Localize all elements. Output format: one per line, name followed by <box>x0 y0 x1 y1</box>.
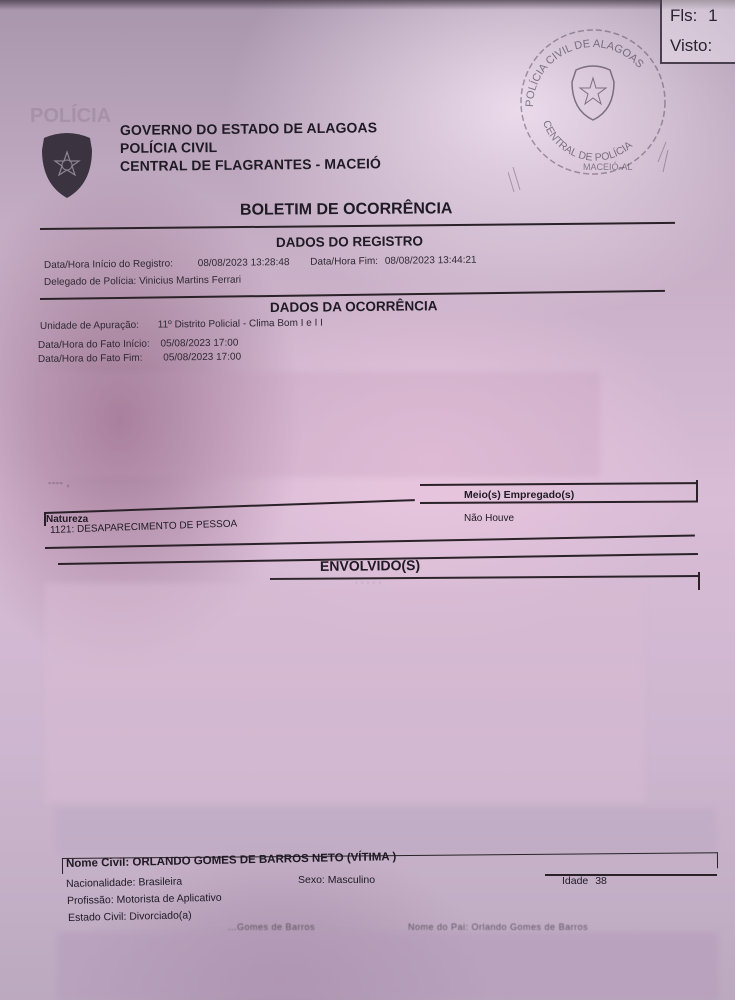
fls-value: 1 <box>708 6 717 25</box>
police-badge-icon <box>572 66 614 120</box>
header-government: GOVERNO DO ESTADO DE ALAGOAS <box>120 119 377 138</box>
registro-fim-value: 08/08/2023 13:44:21 <box>385 255 477 267</box>
registro-fim-label: Data/Hora Fim: <box>310 256 378 268</box>
table-top-line-right <box>420 482 696 485</box>
header-central: CENTRAL DE FLAGRANTES - MACEIÓ <box>120 155 381 174</box>
fato-inicio-row: Data/Hora do Fato Início: 05/08/2023 17:… <box>38 338 238 351</box>
redacted-block-involved <box>45 583 645 803</box>
envolvidos-right-edge <box>698 572 700 590</box>
mother-name-cut-off: ...Gomes de Barros <box>228 922 315 932</box>
idade-row: Idade 38 <box>562 875 607 887</box>
fato-fim-row: Data/Hora do Fato Fim: 05/08/2023 17:00 <box>38 352 241 365</box>
fato-fim-value: 05/08/2023 17:00 <box>163 352 241 364</box>
nacionalidade-value: Brasileira <box>138 876 182 889</box>
cut-off-text: ---- , <box>48 478 70 489</box>
registro-inicio-label: Data/Hora Início do Registro: <box>44 258 173 271</box>
delegado-value: Vinicius Martins Ferrari <box>139 275 241 287</box>
registro-inicio-value: 08/08/2023 13:28:48 <box>198 257 290 269</box>
section-title-envolvidos: ENVOLVIDO(S) <box>320 557 420 574</box>
envolvidos-header-line <box>270 575 700 580</box>
sexo-value: Masculino <box>328 874 375 886</box>
redacted-region <box>40 372 600 477</box>
registro-inicio: Data/Hora Início do Registro: 08/08/2023… <box>44 255 477 271</box>
title-divider <box>40 222 675 230</box>
police-stamp: POLÍCIA CIVIL DE ALAGOAS CENTRAL DE POLÍ… <box>508 22 678 192</box>
delegado-row: Delegado de Polícia: Vinicius Martins Fe… <box>44 275 241 288</box>
svg-text:POLÍCIA CIVIL DE ALAGOAS: POLÍCIA CIVIL DE ALAGOAS <box>524 38 646 107</box>
idade-label: Idade <box>562 875 588 887</box>
unidade-row: Unidade de Apuração: 11º Distrito Polici… <box>40 318 323 332</box>
table-bottom-line <box>45 535 695 549</box>
photo-edge-shadow <box>0 0 735 10</box>
section-title-ocorrencia: DADOS DA OCORRÊNCIA <box>270 298 438 315</box>
estado-civil-row: Estado Civil: Divorciado(a) <box>68 909 192 924</box>
table-top-line <box>45 499 415 513</box>
header-police: POLÍCIA CIVIL <box>120 139 217 156</box>
table-right-edge <box>696 480 698 502</box>
estado-civil-value: Divorciado(a) <box>129 909 192 922</box>
redacted-block-row <box>56 808 716 854</box>
redacted-block-bottom <box>58 932 718 1000</box>
fato-inicio-value: 05/08/2023 17:00 <box>160 338 238 350</box>
meios-header: Meio(s) Empregado(s) <box>464 489 574 501</box>
section-title-registro: DADOS DO REGISTRO <box>276 233 423 250</box>
nacionalidade-label: Nacionalidade: <box>66 877 136 890</box>
unidade-label: Unidade de Apuração: <box>40 320 139 332</box>
sexo-label: Sexo: <box>298 874 325 886</box>
stamp-text-top: POLÍCIA CIVIL DE ALAGOAS <box>524 38 646 107</box>
police-badge-icon <box>40 128 94 200</box>
header-watermark: POLÍCIA <box>30 105 111 128</box>
fato-fim-label: Data/Hora do Fato Fim: <box>38 353 143 365</box>
document-title: BOLETIM DE OCORRÊNCIA <box>240 200 453 219</box>
profissao-label: Profissão: <box>67 894 114 907</box>
unidade-value: 11º Distrito Policial - Clima Bom I e I … <box>158 318 323 331</box>
stamp-text-bottom: CENTRAL DE POLÍCIA <box>540 119 635 164</box>
victim-name-label: Nome Civil: <box>66 857 130 870</box>
stamp-text-city: MACEIÓ-AL <box>583 162 633 172</box>
meios-value: Não Houve <box>464 513 514 524</box>
profissao-row: Profissão: Motorista de Aplicativo <box>67 892 222 907</box>
idade-value: 38 <box>595 875 607 887</box>
delegado-label: Delegado de Polícia: <box>44 276 136 288</box>
estado-civil-label: Estado Civil: <box>68 911 127 924</box>
profissao-value: Motorista de Aplicativo <box>116 892 221 906</box>
fato-inicio-label: Data/Hora do Fato Início: <box>38 339 150 351</box>
nacionalidade-row: Nacionalidade: Brasileira <box>66 876 182 890</box>
sexo-row: Sexo: Masculino <box>298 874 375 886</box>
father-name-cut-off: Nome do Pai: Orlando Gomes de Barros <box>408 922 588 932</box>
svg-text:CENTRAL DE POLÍCIA: CENTRAL DE POLÍCIA <box>540 119 635 164</box>
